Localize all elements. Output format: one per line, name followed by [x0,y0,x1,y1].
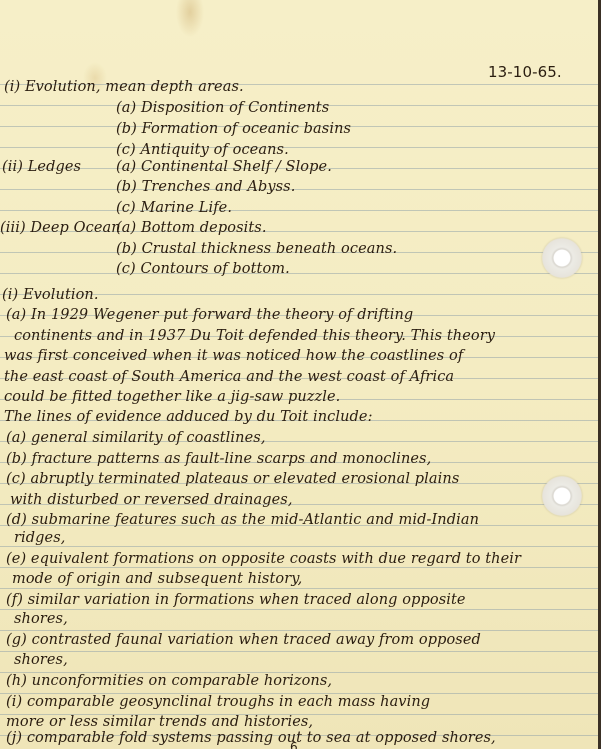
date: 13-10-65. [488,62,562,82]
evidence-item: (a) general similarity of coastlines, [6,428,266,448]
notebook-page: 13-10-65. (i) Evolution, mean depth area… [0,0,601,749]
outline-heading: (ii) Ledges [2,157,81,177]
outline-heading: (i) Evolution, mean depth areas. [4,77,244,97]
evidence-item: shores, [14,650,68,670]
section-heading: (i) Evolution. [2,285,99,305]
outline-item: (b) Crustal thickness beneath oceans. [116,239,397,259]
paragraph-line: the east coast of South America and the … [4,367,454,387]
page-number: 6 [290,737,298,749]
evidence-item: (b) fracture patterns as fault-line scar… [6,449,431,469]
outline-item: (a) Bottom deposits. [116,218,267,238]
evidence-item: (c) abruptly terminated plateaus or elev… [6,469,459,489]
evidence-item: (f) similar variation in formations when… [6,590,466,610]
outline-item: (a) Disposition of Continents [116,98,329,118]
evidence-item: (d) submarine features such as the mid-A… [6,510,479,530]
evidence-item: mode of origin and subsequent history, [12,569,302,589]
outline-heading: (iii) Deep Ocean [0,218,121,238]
punch-hole-reinforcement [542,476,582,516]
paragraph-line: continents and in 1937 Du Toit defended … [14,326,495,346]
paragraph-line: was first conceived when it was noticed … [4,346,463,366]
punch-hole-reinforcement [542,238,582,278]
outline-item: (c) Contours of bottom. [116,259,290,279]
paragraph-line: The lines of evidence adduced by du Toit… [4,407,373,427]
outline-item: (b) Trenches and Abyss. [116,177,295,197]
evidence-item: (e) equivalent formations on opposite co… [6,549,521,569]
outline-item: (c) Marine Life. [116,198,232,218]
evidence-item: (h) unconformities on comparable horizon… [6,671,332,691]
paragraph-line: could be fitted together like a jig-saw … [4,387,340,407]
evidence-item: with disturbed or reversed drainages, [10,490,293,510]
evidence-item: (j) comparable fold systems passing out … [6,728,496,748]
evidence-item: (g) contrasted faunal variation when tra… [6,630,481,650]
evidence-item: ridges, [14,528,65,548]
outline-item: (a) Continental Shelf / Slope. [116,157,332,177]
evidence-item: shores, [14,609,68,629]
outline-item: (b) Formation of oceanic basins [116,119,351,139]
evidence-item: (i) comparable geosynclinal troughs in e… [6,692,430,712]
paragraph-line: (a) In 1929 Wegener put forward the theo… [6,305,413,325]
